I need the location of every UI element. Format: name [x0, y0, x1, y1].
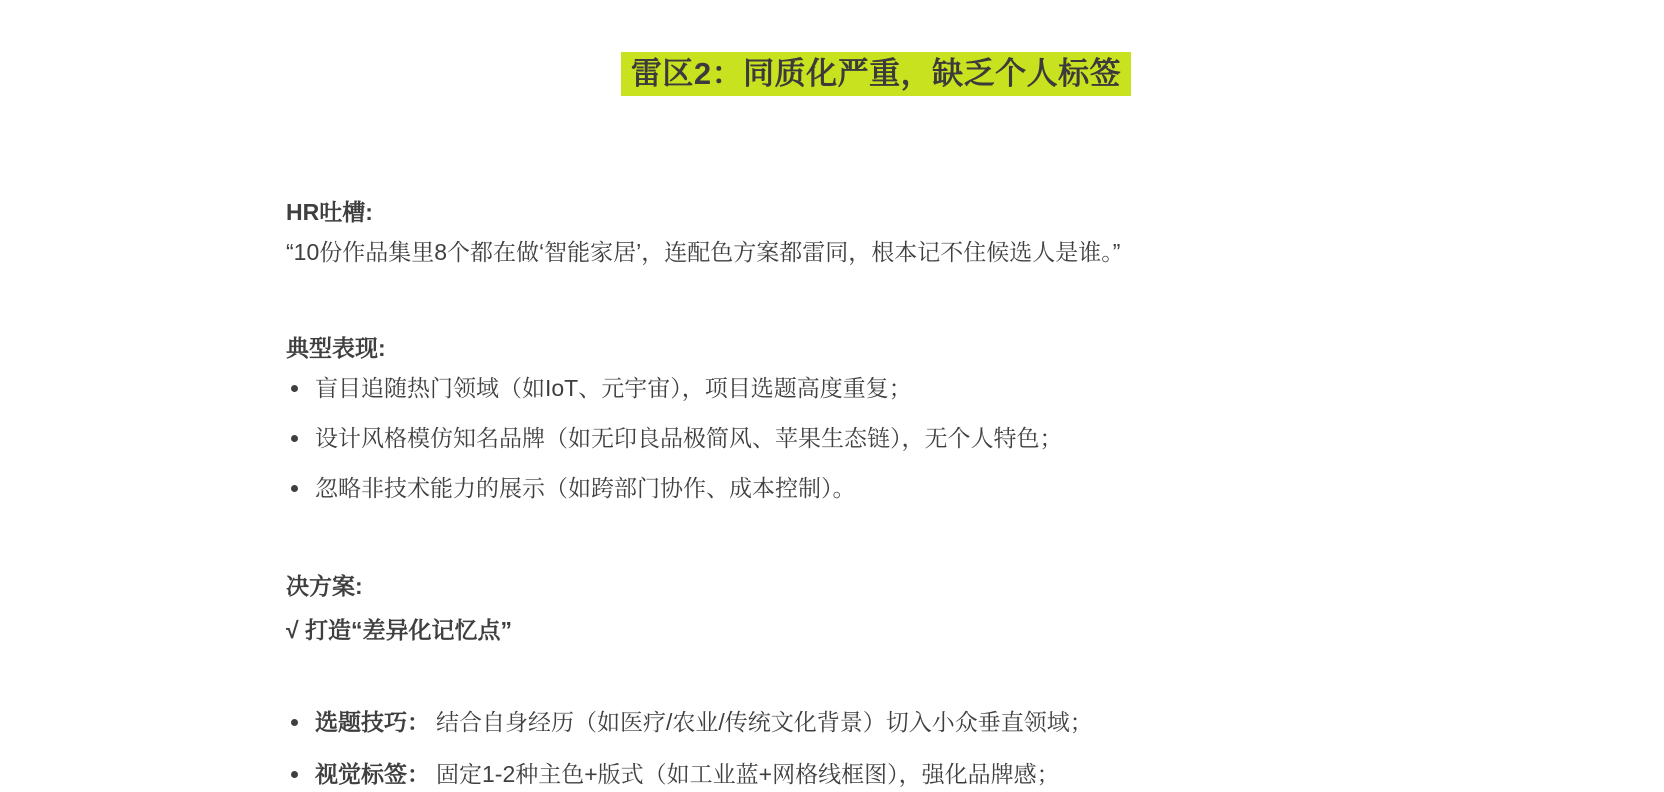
hr-complaint-section: HR吐槽: “10份作品集里8个都在做‘智能家居’，连配色方案都雷同，根本记不住…: [286, 192, 1466, 272]
document-page: 雷区2：同质化严重，缺乏个人标签 HR吐槽: “10份作品集里8个都在做‘智能家…: [0, 0, 1466, 792]
bullet-label: 选题技巧：: [315, 709, 430, 735]
list-item: 设计风格模仿知名品牌（如无印良品极简风、苹果生态链），无个人特色；: [286, 418, 1466, 458]
bullet-icon: [291, 485, 298, 492]
bullet-icon: [291, 719, 298, 726]
bullet-text: 忽略非技术能力的展示（如跨部门协作、成本控制）。: [315, 468, 856, 508]
list-item: 忽略非技术能力的展示（如跨部门协作、成本控制）。: [286, 468, 1466, 508]
typical-bullet-list: 盲目追随热门领域（如IoT、元宇宙），项目选题高度重复； 设计风格模仿知名品牌（…: [286, 368, 1466, 508]
hr-complaint-heading: HR吐槽:: [286, 192, 1466, 232]
bullet-text: 盲目追随热门领域（如IoT、元宇宙），项目选题高度重复；: [315, 368, 912, 408]
bullet-icon: [291, 771, 298, 778]
solution-bullet-list: 选题技巧：结合自身经历（如医疗/农业/传统文化背景）切入小众垂直领域； 视觉标签…: [286, 702, 1466, 792]
title-block: 雷区2：同质化严重，缺乏个人标签: [286, 52, 1466, 96]
solution-section: 决方案: √ 打造“差异化记忆点”: [286, 564, 1466, 652]
list-item: 选题技巧：结合自身经历（如医疗/农业/传统文化背景）切入小众垂直领域；: [286, 702, 1466, 742]
hr-complaint-quote: “10份作品集里8个都在做‘智能家居’，连配色方案都雷同，根本记不住候选人是谁。…: [286, 232, 1466, 272]
solution-subheading: √ 打造“差异化记忆点”: [286, 608, 1466, 652]
page-title: 雷区2：同质化严重，缺乏个人标签: [621, 52, 1131, 96]
list-item: 视觉标签：固定1-2种主色+版式（如工业蓝+网格线框图），强化品牌感；: [286, 754, 1466, 792]
bullet-text: 结合自身经历（如医疗/农业/传统文化背景）切入小众垂直领域；: [436, 709, 1093, 735]
bullet-text: 设计风格模仿知名品牌（如无印良品极简风、苹果生态链），无个人特色；: [315, 418, 1063, 458]
bullet-label: 视觉标签：: [315, 761, 430, 787]
bullet-text: 固定1-2种主色+版式（如工业蓝+网格线框图），强化品牌感；: [436, 761, 1060, 787]
solution-heading: 决方案:: [286, 564, 1466, 608]
bullet-icon: [291, 385, 298, 392]
bullet-icon: [291, 435, 298, 442]
typical-section-heading: 典型表现:: [286, 328, 1466, 368]
list-item: 盲目追随热门领域（如IoT、元宇宙），项目选题高度重复；: [286, 368, 1466, 408]
document-content: 雷区2：同质化严重，缺乏个人标签 HR吐槽: “10份作品集里8个都在做‘智能家…: [286, 52, 1466, 792]
